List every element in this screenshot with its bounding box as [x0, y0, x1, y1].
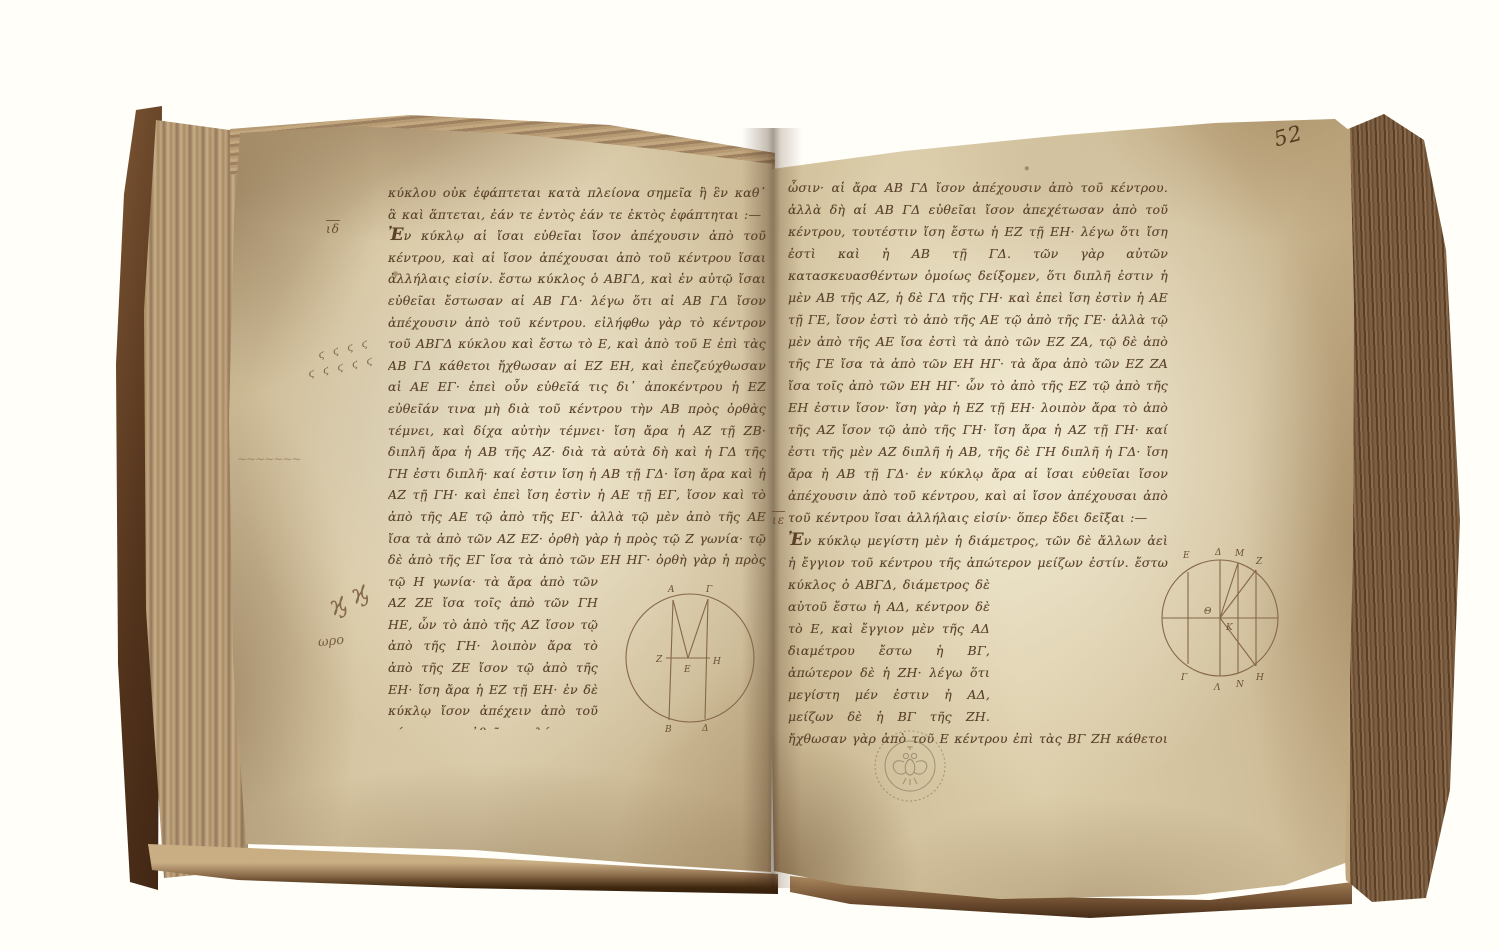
diagram-label: Ε: [683, 665, 691, 675]
diagram-label: Ζ: [1255, 557, 1263, 567]
manuscript-photo: 52 ιδ ϛ ϛ ϛ ϛ ϛ ϛ ϛ ϛ ϛ ∼∼∼∼∼∼∼ ϗ ϗ ωρο …: [0, 0, 1500, 950]
diagram-label: Α: [667, 585, 675, 595]
diagram-label: Γ: [1180, 673, 1188, 683]
stamp-eagle-wing-right: [914, 761, 927, 774]
diagram-label: Ζ: [655, 655, 663, 665]
diagram-label: Γ: [705, 585, 713, 595]
proposition-15-lead: ν κύκλῳ μεγίστη μὲν ἡ διάμετρος, τῶν δὲ …: [788, 533, 1168, 570]
library-stamp: [866, 726, 954, 808]
geometric-diagram-equal-chords: Α Γ Ζ Ε Η Β Δ: [618, 578, 770, 736]
proposition-number-14: ιδ: [326, 220, 340, 236]
diagram-label: Ν: [1235, 680, 1245, 690]
stamp-eagle-tail: [903, 778, 917, 785]
diagram-label: Δ: [1214, 548, 1222, 558]
right-text-block: ὦσιν· αἱ ἄρα ΑΒ ΓΔ ἴσον ἀπέχουσιν ἀπὸ το…: [788, 177, 1168, 751]
stamp-crown: [907, 746, 913, 750]
diagram-label: Λ: [1213, 683, 1221, 693]
diagram-label: Ε: [1182, 551, 1190, 561]
diagram-label: Μ: [1234, 549, 1245, 559]
marginal-flourish-note: ωρο: [317, 633, 345, 651]
diagram-label: Κ: [1225, 623, 1234, 633]
proposition-14-lead: ν κύκλῳ αἱ ἴσαι εὐθεῖαι ἴσον ἀπέχουσιν ἀ…: [388, 228, 766, 589]
diagram-label: Η: [712, 657, 721, 667]
proposition-number-15: ιε: [772, 511, 785, 527]
diagram-label: Δ: [701, 724, 709, 734]
ornate-initial: Ἐ: [788, 530, 804, 550]
ornate-initial: Ἐ: [388, 225, 404, 245]
stamp-eagle-wing-left: [893, 761, 906, 774]
geometric-diagram-diameter-chords: Ε Δ Μ Ζ Γ Λ Ν Η Κ Θ: [1152, 546, 1310, 698]
diagram-label: Η: [1255, 673, 1264, 683]
diagram-label: Θ: [1204, 607, 1212, 617]
figure-wrap-spacer: [1000, 576, 1168, 724]
proposition-15-text: Ἐν κύκλῳ μεγίστη μὲν ἡ διάμετρος, τῶν δὲ…: [788, 529, 1168, 751]
diagram-label: Β: [664, 725, 672, 735]
marginal-squiggle: ∼∼∼∼∼∼∼: [237, 452, 300, 466]
previous-proposition-ending: κύκλου οὐκ ἐφάπτεται κατὰ πλείονα σημεῖα…: [388, 182, 766, 225]
stamp-eagle-body: [905, 759, 915, 775]
proposition-14-continuation: ὦσιν· αἱ ἄρα ΑΒ ΓΔ ἴσον ἀπέχουσιν ἀπὸ το…: [788, 177, 1168, 529]
